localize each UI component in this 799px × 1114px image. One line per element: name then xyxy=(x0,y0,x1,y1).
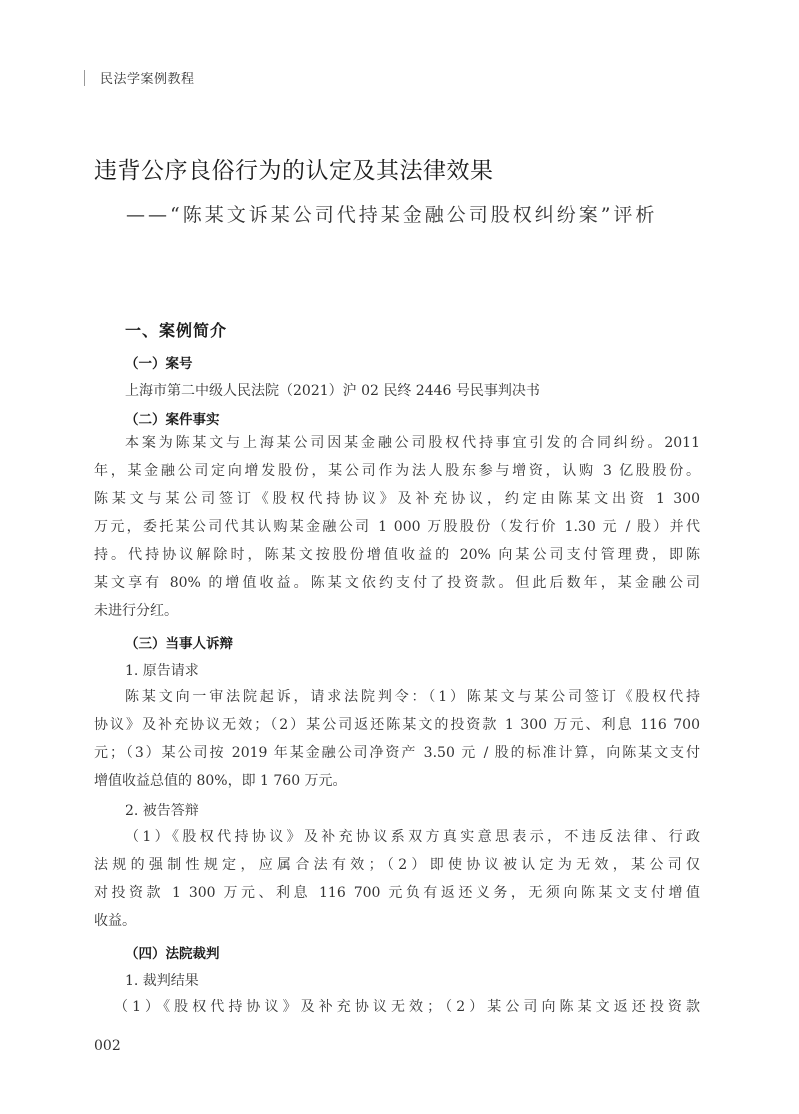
judgment-result-line: （1）《股权代持协议》及补充协议无效；（2）某公司向陈某文返还投资款 xyxy=(114,998,700,1016)
running-header: 民法学案例教程 xyxy=(100,68,195,87)
facts-line: 年，某金融公司定向增发股份，某公司作为法人股东参与增资，认购 3 亿股股份。 xyxy=(94,462,700,480)
facts-line: 某文享有 80% 的增值收益。陈某文依约支付了投资款。但此后数年，某金融公司 xyxy=(94,574,700,592)
plaintiff-line: 陈某文向一审法院起诉，请求法院判令：（1）陈某文与某公司签订《股权代持 xyxy=(125,688,700,706)
facts-line: 陈某文与某公司签订《股权代持协议》及补充协议，约定由陈某文出资 1 300 xyxy=(94,490,700,508)
page-number: 002 xyxy=(94,1038,121,1054)
facts-line: 本案为陈某文与上海某公司因某金融公司股权代持事宜引发的合同纠纷。2011 xyxy=(125,434,700,452)
plaintiff-heading: 1. 原告请求 xyxy=(125,660,199,680)
parties-heading: （三）当事人诉辩 xyxy=(125,632,233,652)
defendant-line: 对投资款 1 300 万元、利息 116 700 元负有返还义务，无须向陈某文支… xyxy=(94,884,700,902)
facts-line: 未进行分红。 xyxy=(94,602,700,620)
header-divider xyxy=(84,70,85,86)
plaintiff-line: 元；（3）某公司按 2019 年某金融公司净资产 3.50 元 / 股的标准计算… xyxy=(94,744,700,762)
section-heading: 一、案例简介 xyxy=(125,318,227,341)
article-subtitle: ——“陈某文诉某公司代持某金融公司股权纠纷案”评析 xyxy=(126,200,657,227)
facts-heading: （二）案件事实 xyxy=(125,408,220,428)
defendant-line: （1）《股权代持协议》及补充协议系双方真实意思表示，不违反法律、行政 xyxy=(125,828,700,846)
defendant-heading: 2. 被告答辩 xyxy=(125,800,199,820)
defendant-line: 法规的强制性规定，应属合法有效；（2）即使协议被认定为无效，某公司仅 xyxy=(94,856,700,874)
judgment-result-heading: 1. 裁判结果 xyxy=(125,970,199,990)
defendant-line: 收益。 xyxy=(94,912,700,930)
facts-line: 万元，委托某公司代其认购某金融公司 1 000 万股股份（发行价 1.30 元 … xyxy=(94,518,700,536)
case-number-text: 上海市第二中级人民法院（2021）沪 02 民终 2446 号民事判决书 xyxy=(125,380,540,400)
judgment-heading: （四）法院裁判 xyxy=(125,942,220,962)
case-number-heading: （一）案号 xyxy=(125,352,193,372)
plaintiff-line: 协议》及补充协议无效；（2）某公司返还陈某文的投资款 1 300 万元、利息 1… xyxy=(94,716,700,734)
facts-line: 持。代持协议解除时，陈某文按股份增值收益的 20% 向某公司支付管理费，即陈 xyxy=(94,546,700,564)
article-title: 违背公序良俗行为的认定及其法律效果 xyxy=(94,152,494,185)
plaintiff-line: 增值收益总值的 80%，即 1 760 万元。 xyxy=(94,772,700,790)
